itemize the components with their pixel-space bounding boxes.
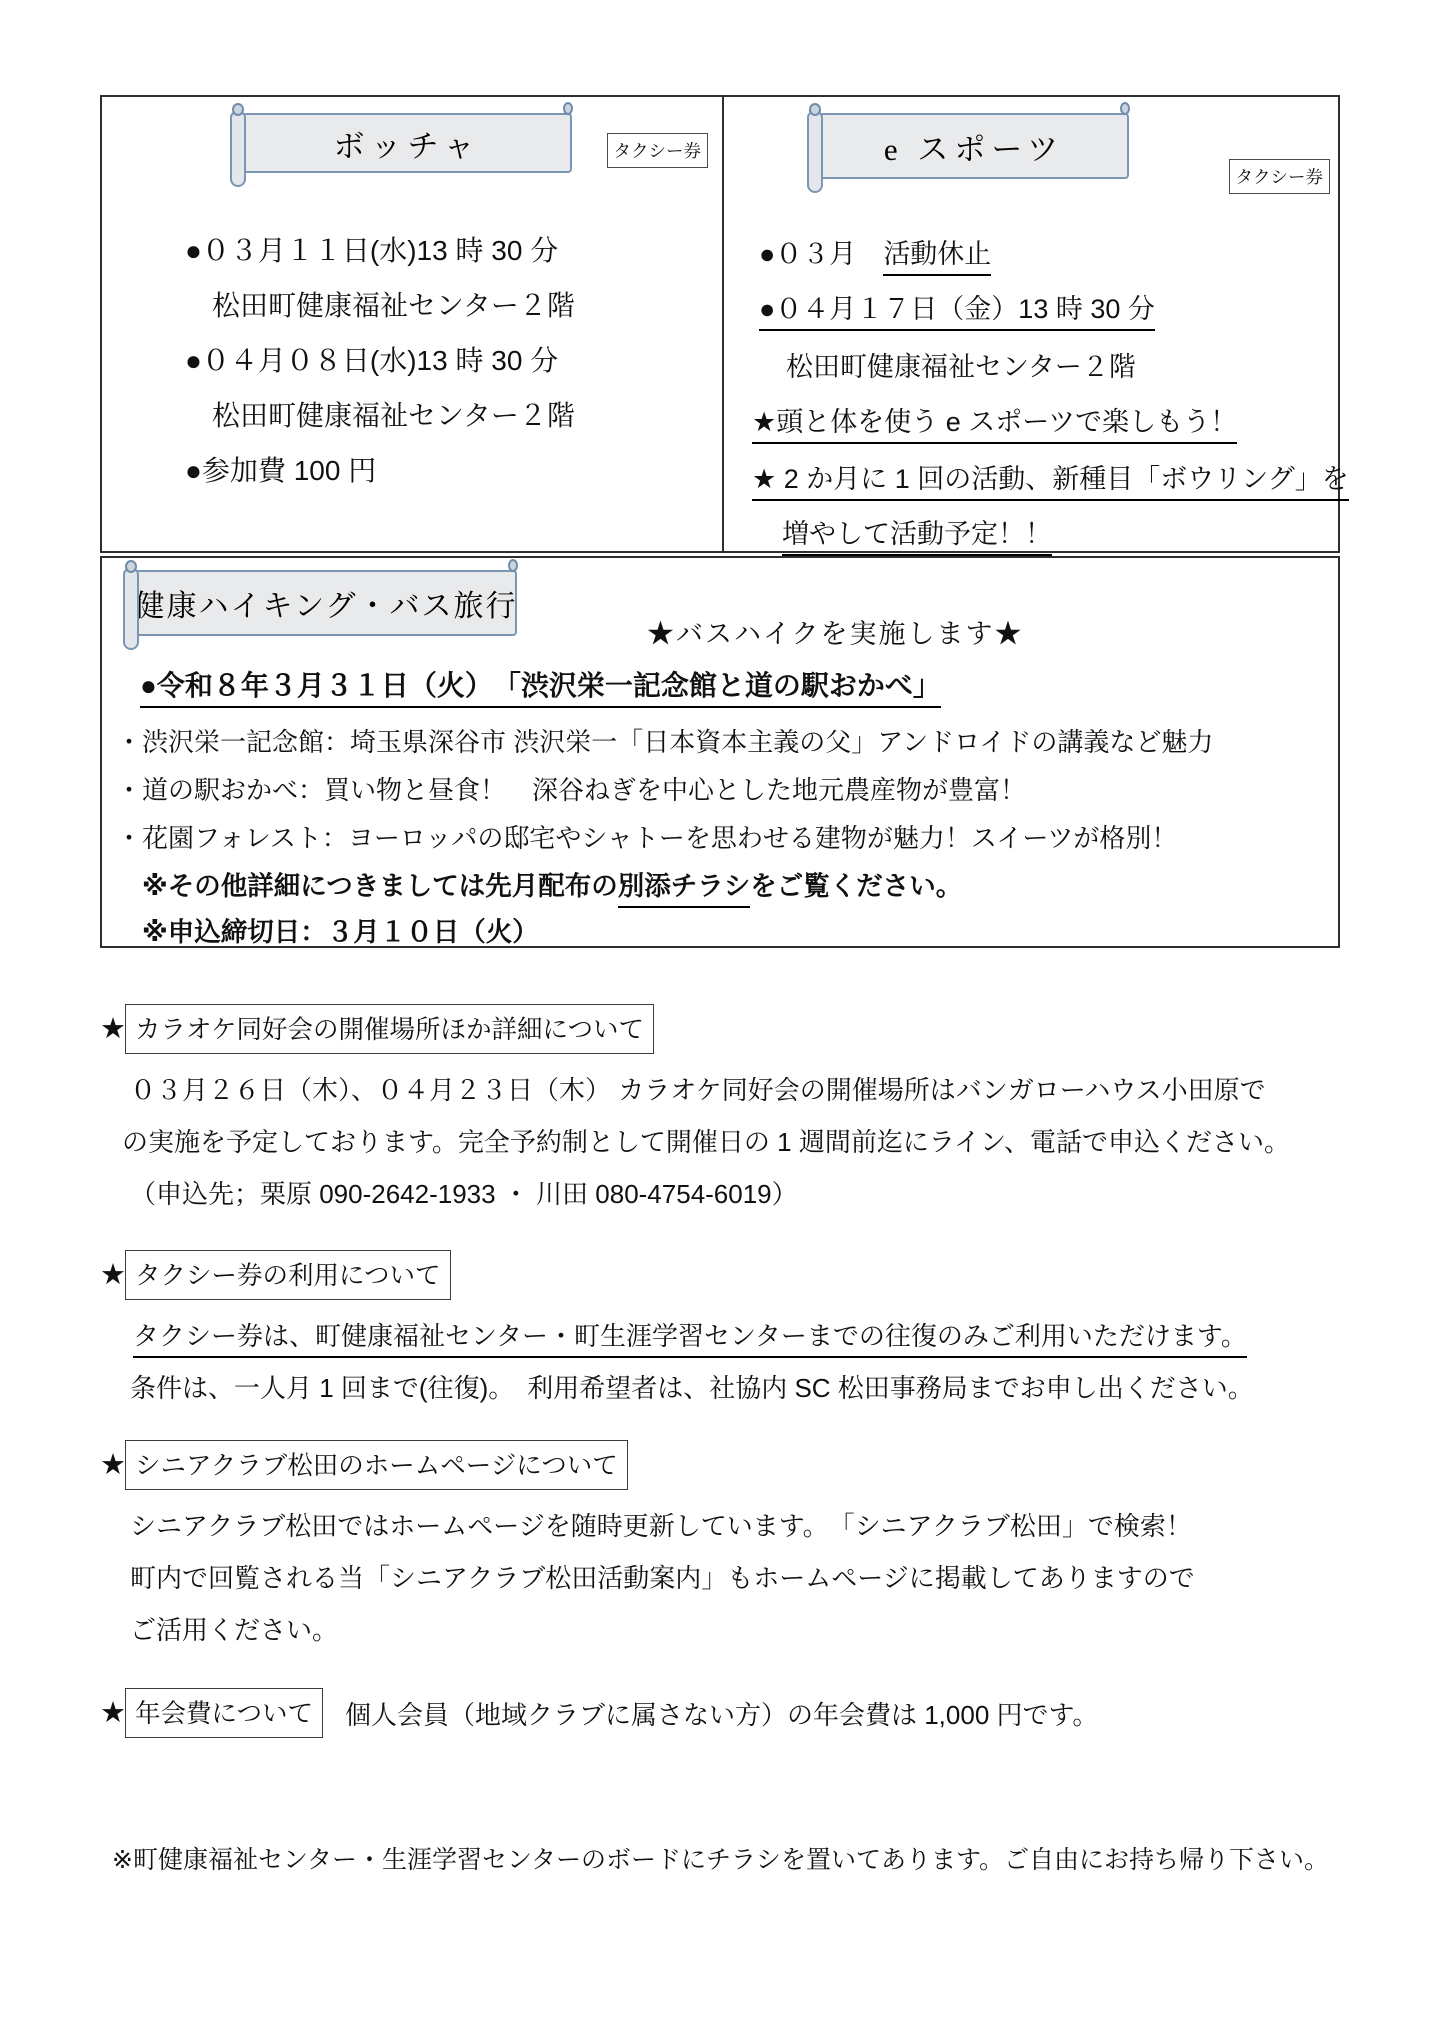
esports-plan-line: ★ 2 か月に 1 回の活動、新種目「ボウリング」を: [752, 457, 1349, 496]
taxi-body: タクシー券は、町健康福祉センター・町生涯学習センターまでの往復のみご利用いただけ…: [100, 1310, 1350, 1414]
fee-text: 個人会員（地域クラブに属さない方）の年会費は 1,000 円です。: [345, 1695, 1098, 1732]
boccia-title: ボッチャ: [333, 121, 480, 166]
karaoke-heading: カラオケ同好会の開催場所ほか詳細について: [125, 1004, 654, 1054]
scroll-knob-decoration: [809, 103, 821, 116]
hiking-title: 健康ハイキング・バス旅行: [134, 581, 517, 625]
scroll-curl-decoration: [563, 102, 573, 115]
hiking-date-line: ●令和８年３月３１日（火） 「渋沢栄一記念館と道の駅おかべ」: [140, 664, 941, 704]
homepage-text-line: 町内で回覧される当「シニアクラブ松田活動案内」もホームページに掲載してありますの…: [100, 1552, 1350, 1604]
boccia-banner: ボッチャ: [242, 113, 572, 173]
taxi-section: ★ タクシー券の利用について タクシー券は、町健康福祉センター・町生涯学習センタ…: [100, 1250, 1350, 1414]
taxi-rule-text: タクシー券は、町健康福祉センター・町生涯学習センターまでの往復のみご利用いただけ…: [133, 1321, 1247, 1358]
esports-status-suspended: 活動休止: [883, 239, 991, 276]
karaoke-text-line: ０３月２６日（木）、０４月２３日（木） カラオケ同好会の開催場所はバンガローハウ…: [100, 1064, 1350, 1116]
esports-plan-line2: 増やして活動予定！！: [782, 512, 1052, 551]
hiking-detail-line: ・渋沢栄一記念館：埼玉県深谷市 渋沢栄一「日本資本主義の父」アンドロイドの講義な…: [116, 722, 1213, 759]
taxi-rule-line: タクシー券は、町健康福祉センター・町生涯学習センターまでの往復のみご利用いただけ…: [100, 1310, 1350, 1362]
karaoke-heading-row: ★ カラオケ同好会の開催場所ほか詳細について: [100, 1004, 1350, 1054]
karaoke-text-line: の実施を予定しております。完全予約制として開催日の 1 週間前迄にライン、電話で…: [100, 1116, 1350, 1168]
bus-hike-note: ★バスハイクを実施します★: [647, 612, 1023, 651]
esports-status-line: ●０３月 活動休止: [759, 232, 991, 271]
esports-venue-line: 松田町健康福祉センター２階: [786, 345, 1136, 384]
esports-schedule-text: ●０４月１７日（金）13 時 30 分: [759, 294, 1155, 331]
star-icon: ★: [100, 1699, 126, 1728]
boccia-venue-line: 松田町健康福祉センター２階: [212, 394, 575, 434]
fee-heading: 年会費について: [125, 1688, 323, 1738]
boccia-section: ボッチャ タクシー券 ●０３月１１日(水)13 時 30 分 松田町健康福祉セン…: [102, 97, 724, 551]
boccia-venue-line: 松田町健康福祉センター２階: [212, 284, 575, 324]
homepage-body: シニアクラブ松田ではホームページを随時更新しています。 「シニアクラブ松田」で検…: [100, 1500, 1350, 1656]
hiking-note-prefix: ※その他詳細につきましては先月配布の: [142, 871, 618, 901]
hiking-banner: 健康ハイキング・バス旅行: [135, 570, 517, 636]
karaoke-body: ０３月２６日（木）、０４月２３日（木） カラオケ同好会の開催場所はバンガローハウ…: [100, 1064, 1350, 1220]
scroll-curl-decoration: [508, 559, 518, 572]
flyer-page: ボッチャ タクシー券 ●０３月１１日(水)13 時 30 分 松田町健康福祉セン…: [0, 0, 1440, 2035]
boccia-schedule-line: ●０３月１１日(水)13 時 30 分: [185, 229, 558, 269]
homepage-text-line: ご活用ください。: [100, 1604, 1350, 1656]
scroll-roll-decoration: [230, 111, 246, 187]
esports-status-prefix: ●０３月: [759, 239, 883, 269]
star-icon: ★: [100, 1015, 126, 1044]
karaoke-section: ★ カラオケ同好会の開催場所ほか詳細について ０３月２６日（木）、０４月２３日（…: [100, 1004, 1350, 1220]
taxi-condition-line: 条件は、一人月 1 回まで(往復)。 利用希望者は、社協内 SC 松田事務局まで…: [100, 1362, 1350, 1414]
hiking-note-flyer: 別添チラシ: [618, 871, 751, 908]
hiking-date-text: ●令和８年３月３１日（火） 「渋沢栄一記念館と道の駅おかべ」: [140, 670, 941, 708]
hiking-detail-line: ・道の駅おかべ：買い物と昼食！ 深谷ねぎを中心とした地元農産物が豊富！: [116, 770, 1026, 807]
homepage-heading: シニアクラブ松田のホームページについて: [125, 1440, 628, 1490]
taxi-heading-row: ★ タクシー券の利用について: [100, 1250, 1350, 1300]
karaoke-contact-line: （申込先；栗原 090-2642-1933 ・ 川田 080-4754-6019…: [100, 1168, 1350, 1220]
hiking-deadline-line: ※申込締切日：３月１０日（火）: [142, 910, 539, 949]
hiking-note-suffix: をご覧ください。: [750, 871, 962, 901]
esports-banner: e スポーツ: [819, 113, 1129, 179]
homepage-section: ★ シニアクラブ松田のホームページについて シニアクラブ松田ではホームページを随…: [100, 1440, 1350, 1656]
footer-note: ※町健康福祉センター・生涯学習センターのボードにチラシを置いてあります。ご自由に…: [112, 1840, 1329, 1876]
homepage-heading-row: ★ シニアクラブ松田のホームページについて: [100, 1440, 1350, 1490]
scroll-knob-decoration: [232, 103, 244, 116]
scroll-roll-decoration: [807, 111, 823, 193]
scroll-knob-decoration: [125, 560, 137, 573]
taxi-ticket-badge: タクシー券: [607, 133, 709, 168]
fee-section: ★ 年会費について 個人会員（地域クラブに属さない方）の年会費は 1,000 円…: [100, 1688, 1350, 1738]
hiking-section: 健康ハイキング・バス旅行 ★バスハイクを実施します★ ●令和８年３月３１日（火）…: [100, 556, 1340, 948]
esports-schedule-line: ●０４月１７日（金）13 時 30 分: [759, 287, 1155, 326]
scroll-curl-decoration: [1120, 102, 1130, 115]
boccia-fee-line: ●参加費 100 円: [185, 449, 376, 489]
star-icon: ★: [100, 1261, 126, 1290]
esports-promo-text: ★頭と体を使う e スポーツで楽しもう！: [752, 407, 1237, 444]
homepage-text-line: シニアクラブ松田ではホームページを随時更新しています。 「シニアクラブ松田」で検…: [100, 1500, 1350, 1552]
taxi-ticket-badge: タクシー券: [1229, 159, 1331, 194]
hiking-detail-line: ・花園フォレスト：ヨーロッパの邸宅やシャトーを思わせる建物が魅力！スイーツが格別…: [116, 818, 1177, 855]
scroll-roll-decoration: [123, 568, 139, 650]
esports-plan-text2: 増やして活動予定！！: [782, 519, 1052, 556]
activities-table: ボッチャ タクシー券 ●０３月１１日(水)13 時 30 分 松田町健康福祉セン…: [100, 95, 1340, 553]
esports-section: e スポーツ タクシー券 ●０３月 活動休止 ●０４月１７日（金）13 時 30…: [724, 97, 1338, 551]
boccia-schedule-line: ●０４月０８日(水)13 時 30 分: [185, 339, 558, 379]
hiking-note-line: ※その他詳細につきましては先月配布の別添チラシをご覧ください。: [142, 864, 962, 903]
taxi-heading: タクシー券の利用について: [125, 1250, 451, 1300]
esports-plan-text: ★ 2 か月に 1 回の活動、新種目「ボウリング」を: [752, 464, 1349, 501]
esports-promo-line: ★頭と体を使う e スポーツで楽しもう！: [752, 400, 1237, 439]
esports-title: e スポーツ: [884, 124, 1064, 169]
star-icon: ★: [100, 1451, 126, 1480]
